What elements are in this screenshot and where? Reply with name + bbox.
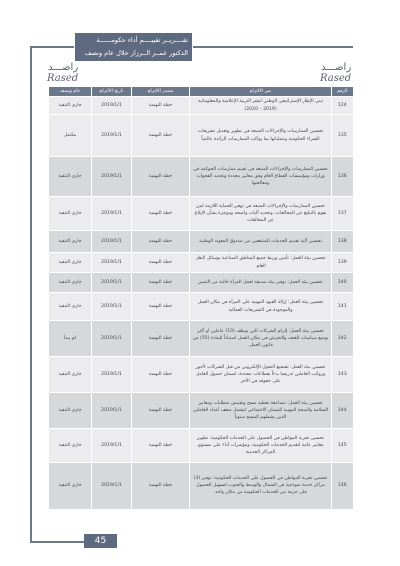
cell-number: 139 [332, 253, 353, 273]
cell-source: خطة النهضة [132, 253, 190, 273]
cell-source: خطة النهضة [132, 273, 190, 293]
cell-source: خطة النهضة [132, 321, 190, 357]
brand-logo-left: راصـــد Rased [47, 62, 78, 84]
cell-text: تبني الإطار الإستراتيجي الوطني لنشر التر… [190, 97, 332, 115]
cell-text: تحسين بيئة العمل: تشجيع التحول الإلكترون… [190, 357, 332, 393]
cell-status: مكتمل [49, 115, 92, 157]
cell-date: 2019/1/1 [92, 115, 132, 157]
page-frame-top-line-left [30, 46, 74, 48]
cell-status: جاري التنفيذ [49, 293, 92, 321]
cell-source: خطة النهضة [132, 293, 190, 321]
cell-text: تحسين بيئة العمل: إزالة القيود المهنية ع… [190, 293, 332, 321]
cell-source: خطة النهضة [132, 393, 190, 429]
cell-date: 2019/1/1 [92, 429, 132, 463]
cell-number: 145 [332, 429, 353, 463]
brand-arabic: راصـــد [47, 62, 78, 73]
cell-source: خطة النهضة [132, 231, 190, 253]
cell-status: لم يبدأ [49, 321, 92, 357]
cell-date: 2019/1/1 [92, 97, 132, 115]
cell-date: 2019/1/1 [92, 197, 132, 231]
brand-latin: Rased [47, 73, 78, 84]
table-row: 135 تحسين الممارسات والإجراءات المتبعة ف… [49, 115, 353, 157]
cell-status: جاري التنفيذ [49, 97, 92, 115]
cell-text: تحسين الممارسات والإجراءات المتبعة في تط… [190, 115, 332, 157]
cell-source: خطة النهضة [132, 463, 190, 509]
cell-text: تحسين الممارسات والإجراءات المتبعة في تق… [190, 157, 332, 197]
cell-source: خطة النهضة [132, 429, 190, 463]
cell-number: 144 [332, 393, 353, 429]
page-number: 45 [84, 534, 117, 548]
report-title-box: تقــــريــر تقييــــم أداء حكومــــــة ا… [75, 33, 192, 61]
table-row: 142 تحسين بيئة العمل: إلزام الشركات التي… [49, 321, 353, 357]
cell-status: جاري التنفيذ [49, 157, 92, 197]
cell-date: 2019/1/1 [92, 393, 132, 429]
cell-text: تحسين آلية تقديم الخدمات للمنتفعين من صن… [190, 231, 332, 253]
cell-source: خطة النهضة [132, 157, 190, 197]
cell-number: 136 [332, 157, 353, 197]
cell-number: 135 [332, 115, 353, 157]
cell-text: تحسين بيئة العمل: مضاعفة تغطية مسح وتفتي… [190, 393, 332, 429]
cell-date: 2019/1/1 [92, 157, 132, 197]
table-row: 141 تحسين بيئة العمل: إزالة القيود المهن… [49, 293, 353, 321]
cell-text: تحسين تجربة المواطن في الحصول على الخدما… [190, 429, 332, 463]
table-row: 136 تحسين الممارسات والإجراءات المتبعة ف… [49, 157, 353, 197]
cell-date: 2019/1/1 [92, 273, 132, 293]
table-row: 146 تحسين تجربة المواطن في الحصول على ال… [49, 463, 353, 509]
cell-text: تحسين تجربة المواطن في الحصول على الخدما… [190, 463, 332, 509]
header-status: عام ونصف [49, 87, 92, 97]
table-row: 145 تحسين تجربة المواطن في الحصول على ال… [49, 429, 353, 463]
page-frame-top-line-right [193, 46, 353, 48]
cell-status: جاري التنفيذ [49, 231, 92, 253]
page-frame-bottom-line [30, 541, 84, 543]
cell-text: تحسين بيئة العمل: تأمين وربط جميع المناط… [190, 253, 332, 273]
table-row: 140 تحسين بيئة العمل: توفير بيئة صديقة ل… [49, 273, 353, 293]
page-frame-left-line [30, 46, 32, 542]
cell-status: جاري التنفيذ [49, 197, 92, 231]
cell-status: جاري التنفيذ [49, 253, 92, 273]
cell-source: خطة النهضة [132, 357, 190, 393]
cell-date: 2019/1/1 [92, 357, 132, 393]
cell-source: خطة النهضة [132, 197, 190, 231]
report-title-line-2: الدكتور عمــر الــرزاز خلال عام ونصف [79, 47, 188, 60]
cell-status: جاري التنفيذ [49, 463, 92, 509]
cell-status: جاري التنفيذ [49, 429, 92, 463]
cell-number: 146 [332, 463, 353, 509]
cell-number: 137 [332, 197, 353, 231]
cell-text: تحسين الممارسات والإجراءات المتبعة في تو… [190, 197, 332, 231]
cell-number: 142 [332, 321, 353, 357]
cell-date: 2019/1/1 [92, 253, 132, 273]
cell-number: 140 [332, 273, 353, 293]
table-row: 137 تحسين الممارسات والإجراءات المتبعة ف… [49, 197, 353, 231]
cell-status: جاري التنفيذ [49, 393, 92, 429]
cell-date: 2019/1/1 [92, 463, 132, 509]
header-source: مصدر الالتزام [132, 87, 190, 97]
table-row: 138 تحسين آلية تقديم الخدمات للمنتفعين م… [49, 231, 353, 253]
header-number: الرقم [332, 87, 353, 97]
cell-date: 2019/1/1 [92, 321, 132, 357]
cell-number: 124 [332, 97, 353, 115]
brand-arabic: راصـــد [320, 62, 351, 73]
cell-status: جاري التنفيذ [49, 273, 92, 293]
commitments-table: الرقم نص الالتزام مصدر الالتزام تاريخ ال… [48, 87, 353, 509]
cell-text: تحسين بيئة العمل: توفير بيئة صديقة لعمل … [190, 273, 332, 293]
cell-date: 2019/1/1 [92, 293, 132, 321]
cell-source: خطة النهضة [132, 97, 190, 115]
cell-source: خطة النهضة [132, 115, 190, 157]
header-date: تاريخ الالتزام [92, 87, 132, 97]
report-title-line-1: تقــــريــر تقييــــم أداء حكومــــــة [79, 34, 188, 47]
table-row: 124 تبني الإطار الإستراتيجي الوطني لنشر … [49, 97, 353, 115]
cell-number: 143 [332, 357, 353, 393]
table-row: 139 تحسين بيئة العمل: تأمين وربط جميع ال… [49, 253, 353, 273]
cell-date: 2019/1/1 [92, 231, 132, 253]
table-row: 144 تحسين بيئة العمل: مضاعفة تغطية مسح و… [49, 393, 353, 429]
brand-logo-right: راصـــد Rased [320, 62, 351, 84]
header-text: نص الالتزام [190, 87, 332, 97]
cell-text: تحسين بيئة العمل: إلزام الشركات التي توظ… [190, 321, 332, 357]
table-header-row: الرقم نص الالتزام مصدر الالتزام تاريخ ال… [49, 87, 353, 97]
cell-number: 141 [332, 293, 353, 321]
brand-latin: Rased [320, 73, 351, 84]
cell-status: جاري التنفيذ [49, 357, 92, 393]
table-row: 143 تحسين بيئة العمل: تشجيع التحول الإلك… [49, 357, 353, 393]
cell-number: 138 [332, 231, 353, 253]
